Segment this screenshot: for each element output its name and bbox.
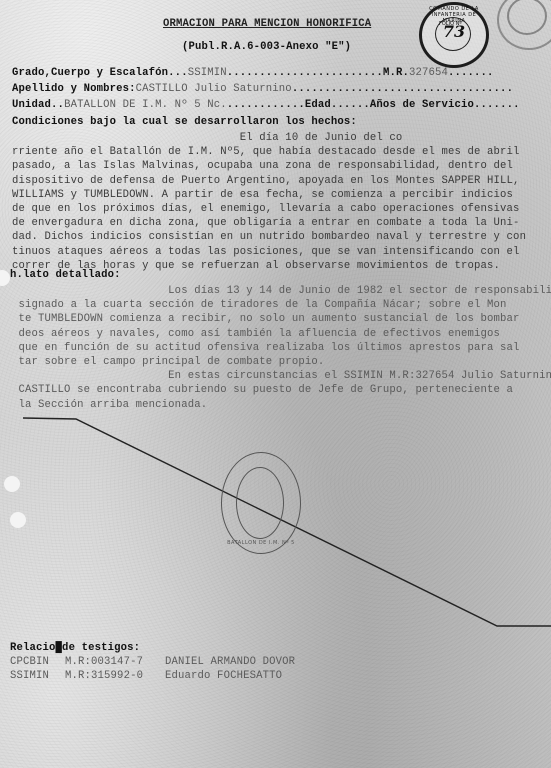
testigo-nombre: DANIEL ARMANDO DOVOR (165, 656, 295, 669)
seal-ring-text: BATALLON DE I.M. Nº 5 (222, 540, 300, 546)
unit-seal-stamp: BATALLON DE I.M. Nº 5 (221, 452, 301, 554)
testigo-nombre: Eduardo FOCHESATTO (165, 670, 282, 683)
testigo-grado: SSIMIN (10, 670, 49, 683)
testigo-mr: M.R:003147-7 (65, 656, 143, 669)
testigo-mr: M.R:315992-0 (65, 670, 143, 683)
testigo-grado: CPCBIN (10, 656, 49, 669)
seal-inner-ring (236, 467, 284, 539)
testigos-heading: Relacio█de testigos: (10, 642, 140, 655)
